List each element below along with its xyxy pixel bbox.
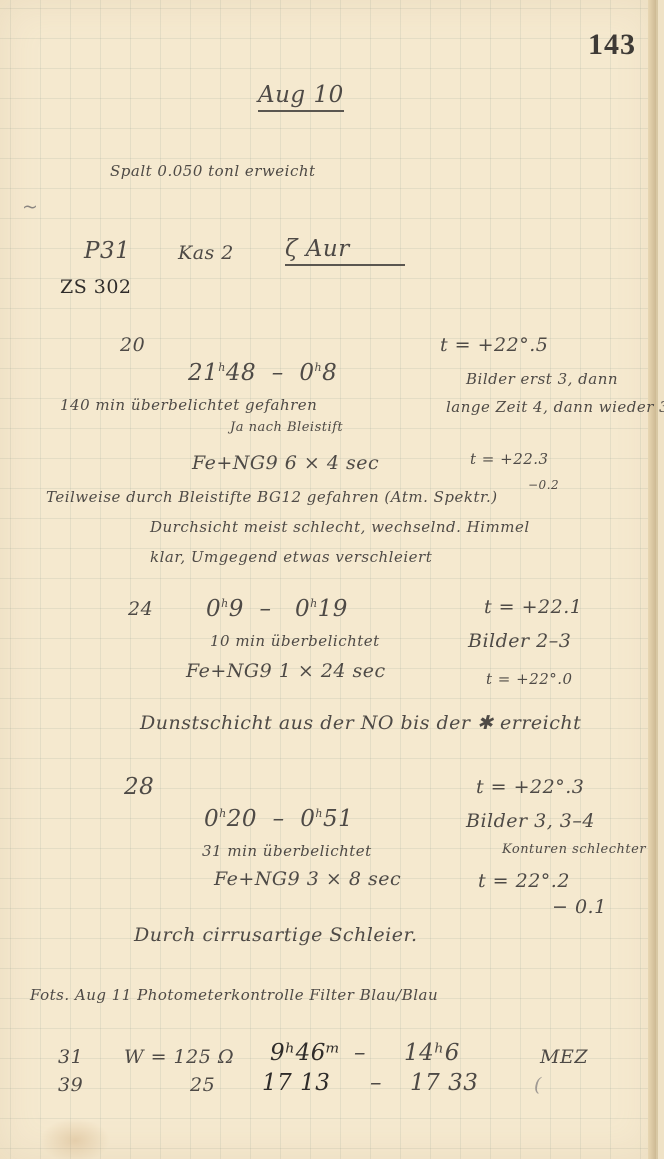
images-note: Bilder 3, 3–4 [466, 810, 595, 832]
end-minute: 8 [322, 360, 337, 386]
exposure: Fe+NG9 1 × 24 sec [186, 660, 386, 682]
images-note: Bilder 2–3 [468, 630, 571, 652]
entry-title: Aug 10 [258, 82, 344, 112]
duration-note-2: Ja nach Bleistift [230, 420, 343, 435]
start-minute: 9 [229, 596, 244, 622]
start-minute: 20 [227, 806, 257, 832]
page-number: 143 [588, 28, 636, 62]
duration-note: 31 min überbelichtet [202, 842, 372, 860]
remark: Teilweise durch Bleistifte BG12 gefahren… [46, 488, 498, 506]
temp-delta: − 0.1 [552, 896, 607, 918]
timezone: MEZ [540, 1046, 588, 1068]
timezone: ( [534, 1074, 542, 1096]
remark-3: klar, Umgegend etwas verschleiert [150, 548, 432, 566]
entry-day: 24 [128, 598, 153, 620]
temp-start: t = +22°.3 [476, 776, 584, 798]
camera-label: Kas 2 [178, 242, 234, 264]
notebook-page: 143 Aug 10 Spalt 0.050 tonl erweicht ~ P… [0, 0, 658, 1159]
row-number: 31 [58, 1046, 83, 1068]
start-time: 17 13 [262, 1070, 330, 1096]
star-name: ζ Aur [285, 236, 405, 266]
images-note-2: lange Zeit 4, dann wieder 3 [446, 398, 664, 416]
time-range: 0h9 – 0h19 [206, 596, 348, 622]
temp-start: t = +22°.5 [440, 334, 548, 356]
resistance: 25 [190, 1074, 215, 1096]
end-time: 17 33 [410, 1070, 478, 1096]
exposure: Fe+NG9 6 × 4 sec [192, 452, 379, 474]
exposure: Fe+NG9 3 × 8 sec [214, 868, 401, 890]
time-range: 21h48 – 0h8 [188, 360, 337, 386]
end-minute: 51 [323, 806, 353, 832]
page-edge [648, 0, 656, 1159]
end-hour: 0 [300, 806, 315, 832]
paper-stain [40, 1118, 110, 1159]
temp-end: t = +22°.0 [486, 670, 573, 688]
remark: Dunstschicht aus der NO bis der ✱ erreic… [140, 712, 581, 734]
start-hour: 21 [188, 360, 218, 386]
row-number: 39 [58, 1074, 83, 1096]
start-hour: 0 [204, 806, 219, 832]
photometer-heading: Fots. Aug 11 Photometerkontrolle Filter … [30, 986, 438, 1004]
duration-note: 10 min überbelichtet [210, 632, 380, 650]
start-hour: 0 [206, 596, 221, 622]
slit-note: Spalt 0.050 tonl erweicht [110, 162, 316, 180]
end-hour: 0 [295, 596, 310, 622]
remark-2: Durchsicht meist schlecht, wechselnd. Hi… [150, 518, 530, 536]
end-hour: 0 [299, 360, 314, 386]
temp-start: t = +22.1 [484, 596, 582, 618]
time-range: 0h20 – 0h51 [204, 806, 353, 832]
remark: Durch cirrusartige Schleier. [134, 924, 417, 946]
temp-end: t = 22°.2 [478, 870, 570, 892]
margin-mark: ~ [22, 196, 38, 218]
resistance: W = 125 Ω [124, 1046, 234, 1068]
dash: – [354, 1040, 366, 1066]
dash: – [370, 1070, 382, 1096]
entry-day: 28 [124, 774, 154, 800]
entry-day: 20 [120, 334, 145, 356]
images-note-2: Konturen schlechter [502, 842, 646, 857]
catalog-number: ZS 302 [60, 276, 132, 298]
temp-delta: −0.2 [528, 478, 559, 492]
end-minute: 19 [318, 596, 348, 622]
end-time: 14ʰ6 [404, 1040, 460, 1066]
duration-note: 140 min überbelichtet gefahren [60, 396, 317, 414]
images-note: Bilder erst 3, dann [466, 370, 618, 388]
start-time: 9ʰ46ᵐ [270, 1040, 340, 1066]
start-minute: 48 [226, 360, 256, 386]
plate-ref: P31 [84, 238, 130, 264]
temp-end: t = +22.3 [470, 450, 549, 468]
